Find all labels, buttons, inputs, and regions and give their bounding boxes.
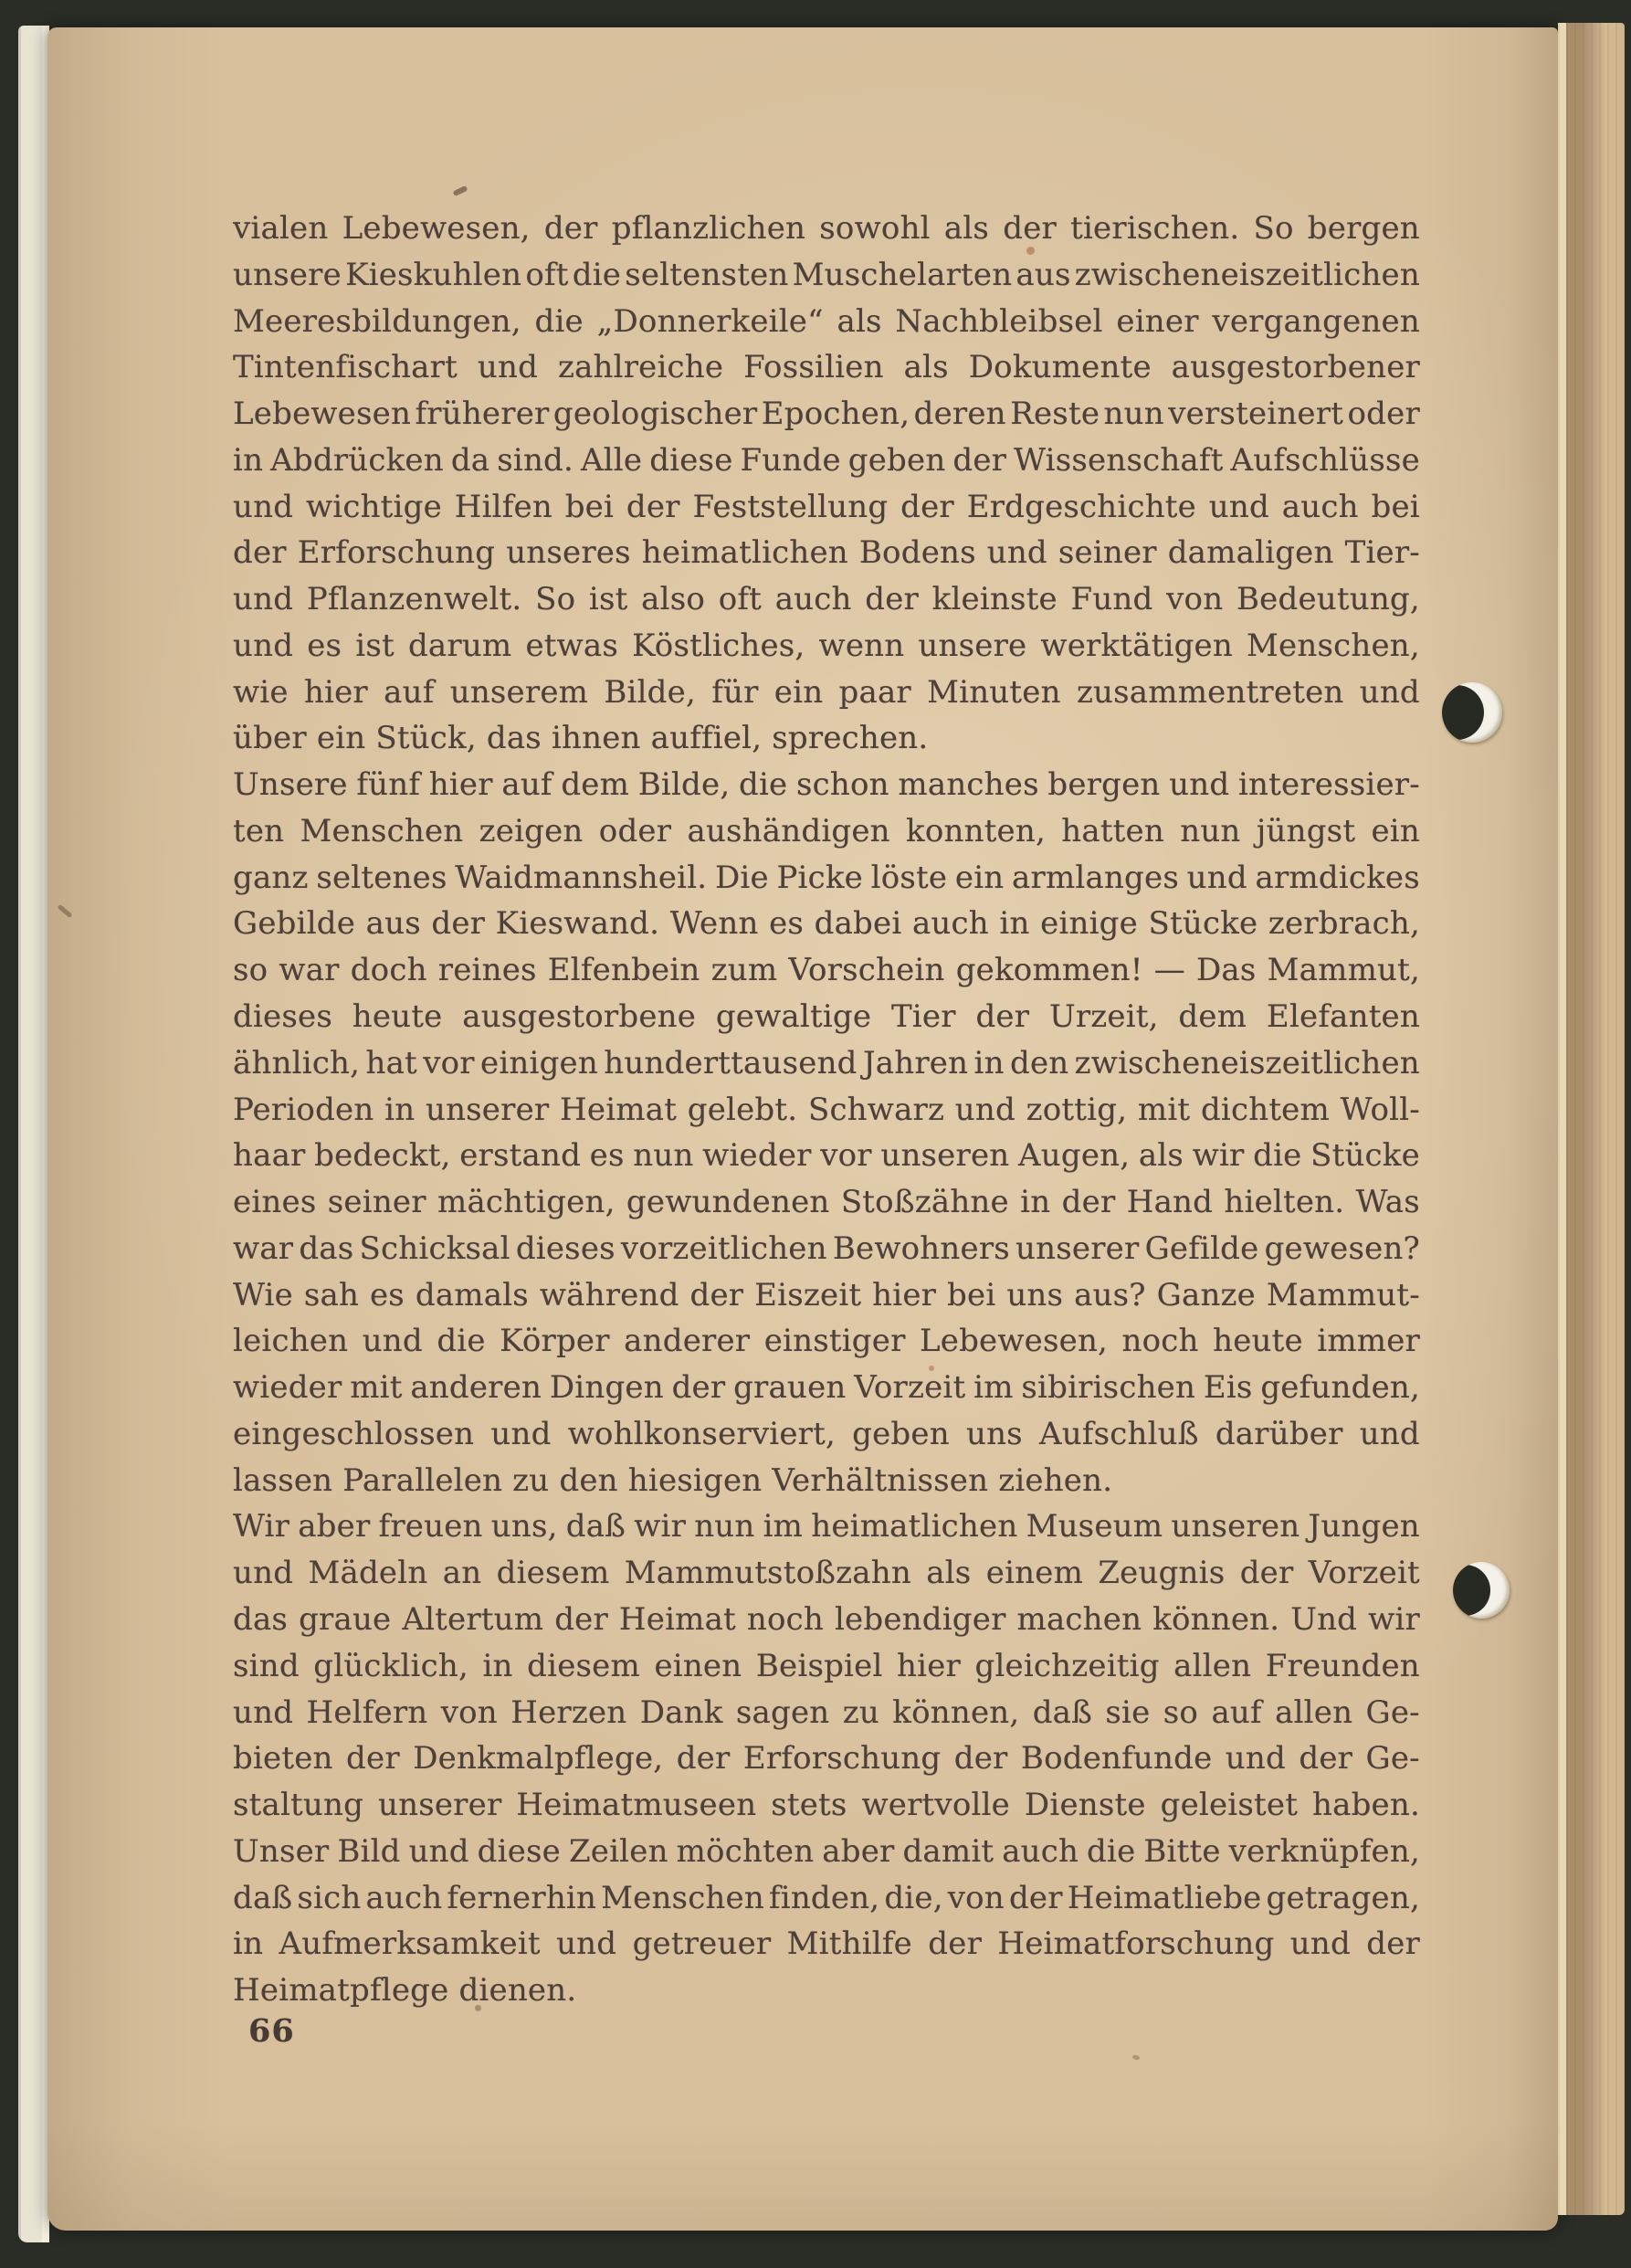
text-line: haarbedeckt,erstandesnunwiedervorunseren…	[233, 1133, 1420, 1179]
text-line: einesseinermächtigen,gewundenenStoßzähne…	[233, 1179, 1420, 1226]
book-fore-edge	[1558, 23, 1625, 2215]
text-line: UnserefünfhieraufdemBilde,dieschonmanche…	[233, 762, 1420, 808]
text-line: TintenfischartundzahlreicheFossilienalsD…	[233, 344, 1420, 391]
page-number: 66	[248, 2008, 295, 2055]
text-line: Meeresbildungen,die„Donnerkeile“alsNachb…	[233, 299, 1420, 345]
text-line: undHelfernvonHerzenDanksagenzukönnen,daß…	[233, 1690, 1420, 1736]
text-line: sindglücklich,indiesemeinenBeispielhierg…	[233, 1643, 1420, 1690]
text-line: über ein Stück, das ihnen auffiel, sprec…	[233, 715, 1420, 762]
text-line: diesesheuteausgestorbenegewaltigeTierder…	[233, 994, 1420, 1040]
text-line: LebewesenfrüherergeologischerEpochen,der…	[233, 391, 1420, 438]
text-line: derErforschungunseresheimatlichenBodensu…	[233, 530, 1420, 576]
punch-hole-dark-center	[1442, 685, 1484, 740]
text-line: eingeschlossenundwohlkonserviert,gebenun…	[233, 1411, 1420, 1458]
text-line: bietenderDenkmalpflege,derErforschungder…	[233, 1735, 1420, 1782]
paper-speck	[452, 185, 468, 196]
text-line: sowardochreinesElfenbeinzumVorscheingeko…	[233, 947, 1420, 994]
punch-hole-top	[1442, 682, 1502, 743]
text-line: undMädelnandiesemMammutstoßzahnalseinemZ…	[233, 1550, 1420, 1597]
text-line: inAbdrückendasind.AlledieseFundegebender…	[233, 438, 1420, 484]
body-text: vialenLebewesen,derpflanzlichensowohlals…	[233, 206, 1420, 2014]
text-line: undesistdarumetwasKöstliches,wennunserew…	[233, 623, 1420, 670]
punch-hole-dark-center	[1453, 1565, 1490, 1616]
text-line: staltungunsererHeimatmuseenstetswertvoll…	[233, 1782, 1420, 1829]
text-line: undwichtigeHilfenbeiderFeststellungderEr…	[233, 484, 1420, 531]
text-line: unsereKieskuhlenoftdieseltenstenMuschela…	[233, 252, 1420, 299]
text-line: leichenunddieKörperanderereinstigerLebew…	[233, 1318, 1420, 1365]
text-line: daßsichauchfernerhinMenschenfinden,die,v…	[233, 1875, 1420, 1922]
punch-hole-bottom	[1453, 1562, 1510, 1619]
text-line: tenMenschenzeigenoderaushändigenkonnten,…	[233, 808, 1420, 855]
text-line: ganzseltenesWaidmannsheil.DiePickelöstee…	[233, 855, 1420, 902]
text-line: GebildeausderKieswand.Wennesdabeiauchine…	[233, 901, 1420, 947]
text-line: wardasSchicksaldiesesvorzeitlichenBewohn…	[233, 1226, 1420, 1272]
text-line: Heimatpflege dienen.	[233, 1967, 1420, 2014]
text-line: UnserBildunddieseZeilenmöchtenaberdamita…	[233, 1829, 1420, 1875]
text-line: PeriodeninunsererHeimatgelebt.Schwarzund…	[233, 1087, 1420, 1134]
text-line: dasgraueAltertumderHeimatnochlebendigerm…	[233, 1597, 1420, 1643]
scanned-book-page: vialenLebewesen,derpflanzlichensowohlals…	[0, 0, 1631, 2268]
text-line: Wiraberfreuenuns,daßwirnunimheimatlichen…	[233, 1503, 1420, 1550]
text-line: inAufmerksamkeitundgetreuerMithilfederHe…	[233, 1921, 1420, 1967]
text-line: wiedermitanderenDingendergrauenVorzeitim…	[233, 1365, 1420, 1411]
text-line: lassen Parallelen zu den hiesigen Verhäl…	[233, 1458, 1420, 1504]
text-line: undPflanzenwelt.Soistalsooftauchderklein…	[233, 576, 1420, 623]
text-line: ähnlich,hatvoreinigenhunderttausendJahre…	[233, 1040, 1420, 1087]
text-line: WiesahesdamalswährendderEiszeithierbeiun…	[233, 1272, 1420, 1319]
text-line: vialenLebewesen,derpflanzlichensowohlals…	[233, 206, 1420, 252]
underlying-page-edges-left	[18, 26, 49, 2242]
text-line: wiehieraufunseremBilde,füreinpaarMinuten…	[233, 670, 1420, 716]
